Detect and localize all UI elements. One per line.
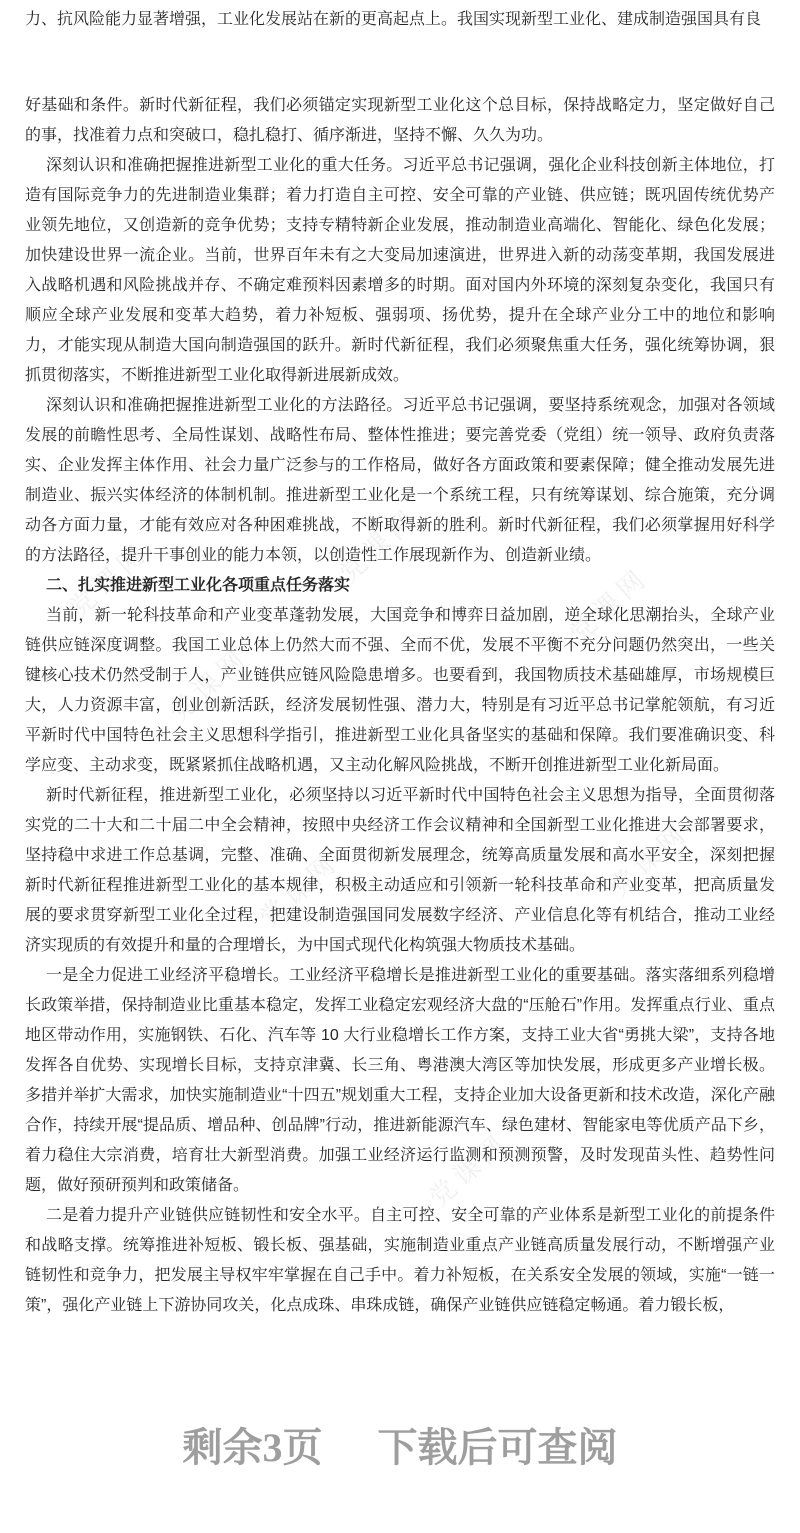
document-body: 力、抗风险能力显著增强，工业化发展站在新的更高起点上。我国实现新型工业化、建成制… <box>25 5 775 1321</box>
paragraph-major-tasks: 深刻认识和准确把握推进新型工业化的重大任务。习近平总书记强调，强化企业科技创新主… <box>25 151 775 391</box>
continuation-after-gap: 好基础和条件。新时代新征程，我们必须锚定实现新型工业化这个总目标，保持战略定力，… <box>25 91 775 151</box>
download-hint-label: 下载后可查阅 <box>378 1425 618 1470</box>
section-heading-2: 二、扎实推进新型工业化各项重点任务落实 <box>25 571 775 601</box>
paragraph-current-situation: 当前，新一轮科技革命和产业变革蓬勃发展，大国竞争和博弈日益加剧，逆全球化思潮抬头… <box>25 601 775 781</box>
paragraph-task-two-partial: 二是着力提升产业链供应链韧性和安全水平。自主可控、安全可靠的产业体系是新型工业化… <box>25 1201 775 1321</box>
continuation-line-top: 力、抗风险能力显著增强，工业化发展站在新的更高起点上。我国实现新型工业化、建成制… <box>25 5 775 35</box>
preview-footer: 剩余3页下载后可查阅 <box>0 1424 800 1472</box>
document-preview-page: 党课网 党课网 党课网 党课网 党课网 党课网 党课网 力、抗风险能力显著增强，… <box>0 0 800 1533</box>
pages-remaining-label: 剩余3页 <box>183 1425 323 1470</box>
paragraph-method-path: 深刻认识和准确把握推进新型工业化的方法路径。习近平总书记强调，要坚持系统观念，加… <box>25 391 775 571</box>
page-break-gap <box>25 35 775 91</box>
paragraph-task-one: 一是全力促进工业经济平稳增长。工业经济平稳增长是推进新型工业化的重要基础。落实落… <box>25 961 775 1201</box>
paragraph-guiding-principles: 新时代新征程，推进新型工业化，必须坚持以习近平新时代中国特色社会主义思想为指导，… <box>25 781 775 961</box>
